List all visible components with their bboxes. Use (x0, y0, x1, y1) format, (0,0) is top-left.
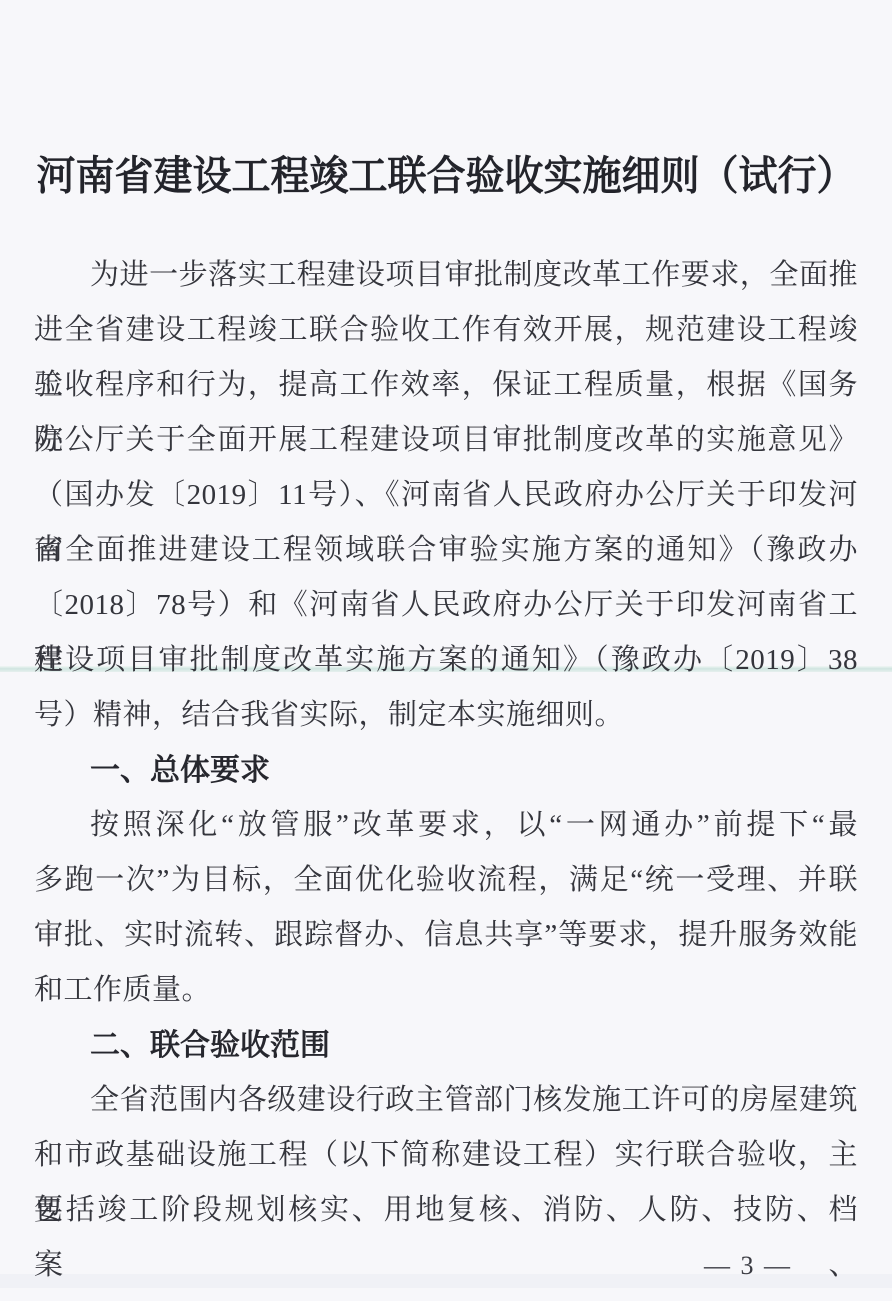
paragraph-line: 省全面推进建设工程领域联合审验实施方案的通知》（豫政办 (34, 523, 858, 578)
paragraph-line: 全省范围内各级建设行政主管部门核发施工许可的房屋建筑 (34, 1073, 858, 1128)
paragraph-line: 和市政基础设施工程（以下简称建设工程）实行联合验收，主要 (34, 1128, 858, 1183)
paragraph-line: （国办发〔2019〕11号）、《河南省人民政府办公厅关于印发河南 (34, 468, 858, 523)
paragraph-line: 和工作质量。 (34, 963, 858, 1018)
paragraph-line: 建设项目审批制度改革实施方案的通知》（豫政办〔2019〕38 (34, 633, 858, 688)
paragraph-line: 包括竣工阶段规划核实、用地复核、消防、人防、技防、档案、 (34, 1183, 858, 1238)
paragraph-line: 进全省建设工程竣工联合验收工作有效开展，规范建设工程竣工 (34, 303, 858, 358)
paragraph-line: 号）精神，结合我省实际，制定本实施细则。 (34, 688, 858, 743)
paragraph-line: 验收程序和行为，提高工作效率，保证工程质量，根据《国务院 (34, 358, 858, 413)
scanned-document-page: 河南省建设工程竣工联合验收实施细则（试行） 为进一步落实工程建设项目审批制度改革… (0, 0, 892, 1301)
section-heading-joint-acceptance-scope: 二、联合验收范围 (34, 1018, 858, 1073)
section-heading-general-requirements: 一、总体要求 (34, 743, 858, 798)
paragraph-line: 〔2018〕78号）和《河南省人民政府办公厅关于印发河南省工程 (34, 578, 858, 633)
document-title: 河南省建设工程竣工联合验收实施细则（试行） (34, 149, 858, 205)
document-body: 为进一步落实工程建设项目审批制度改革工作要求，全面推 进全省建设工程竣工联合验收… (34, 248, 858, 1293)
paragraph-line: 审批、实时流转、跟踪督办、信息共享”等要求，提升服务效能 (34, 908, 858, 963)
paragraph-line: 为进一步落实工程建设项目审批制度改革工作要求，全面推 (34, 248, 858, 303)
paragraph-line: 多跑一次”为目标，全面优化验收流程，满足“统一受理、并联 (34, 853, 858, 908)
paragraph-line: 办公厅关于全面开展工程建设项目审批制度改革的实施意见》 (34, 413, 858, 468)
paragraph-line: 按照深化“放管服”改革要求，以“一网通办”前提下“最 (34, 798, 858, 853)
document-content: 河南省建设工程竣工联合验收实施细则（试行） 为进一步落实工程建设项目审批制度改革… (34, 0, 858, 1293)
